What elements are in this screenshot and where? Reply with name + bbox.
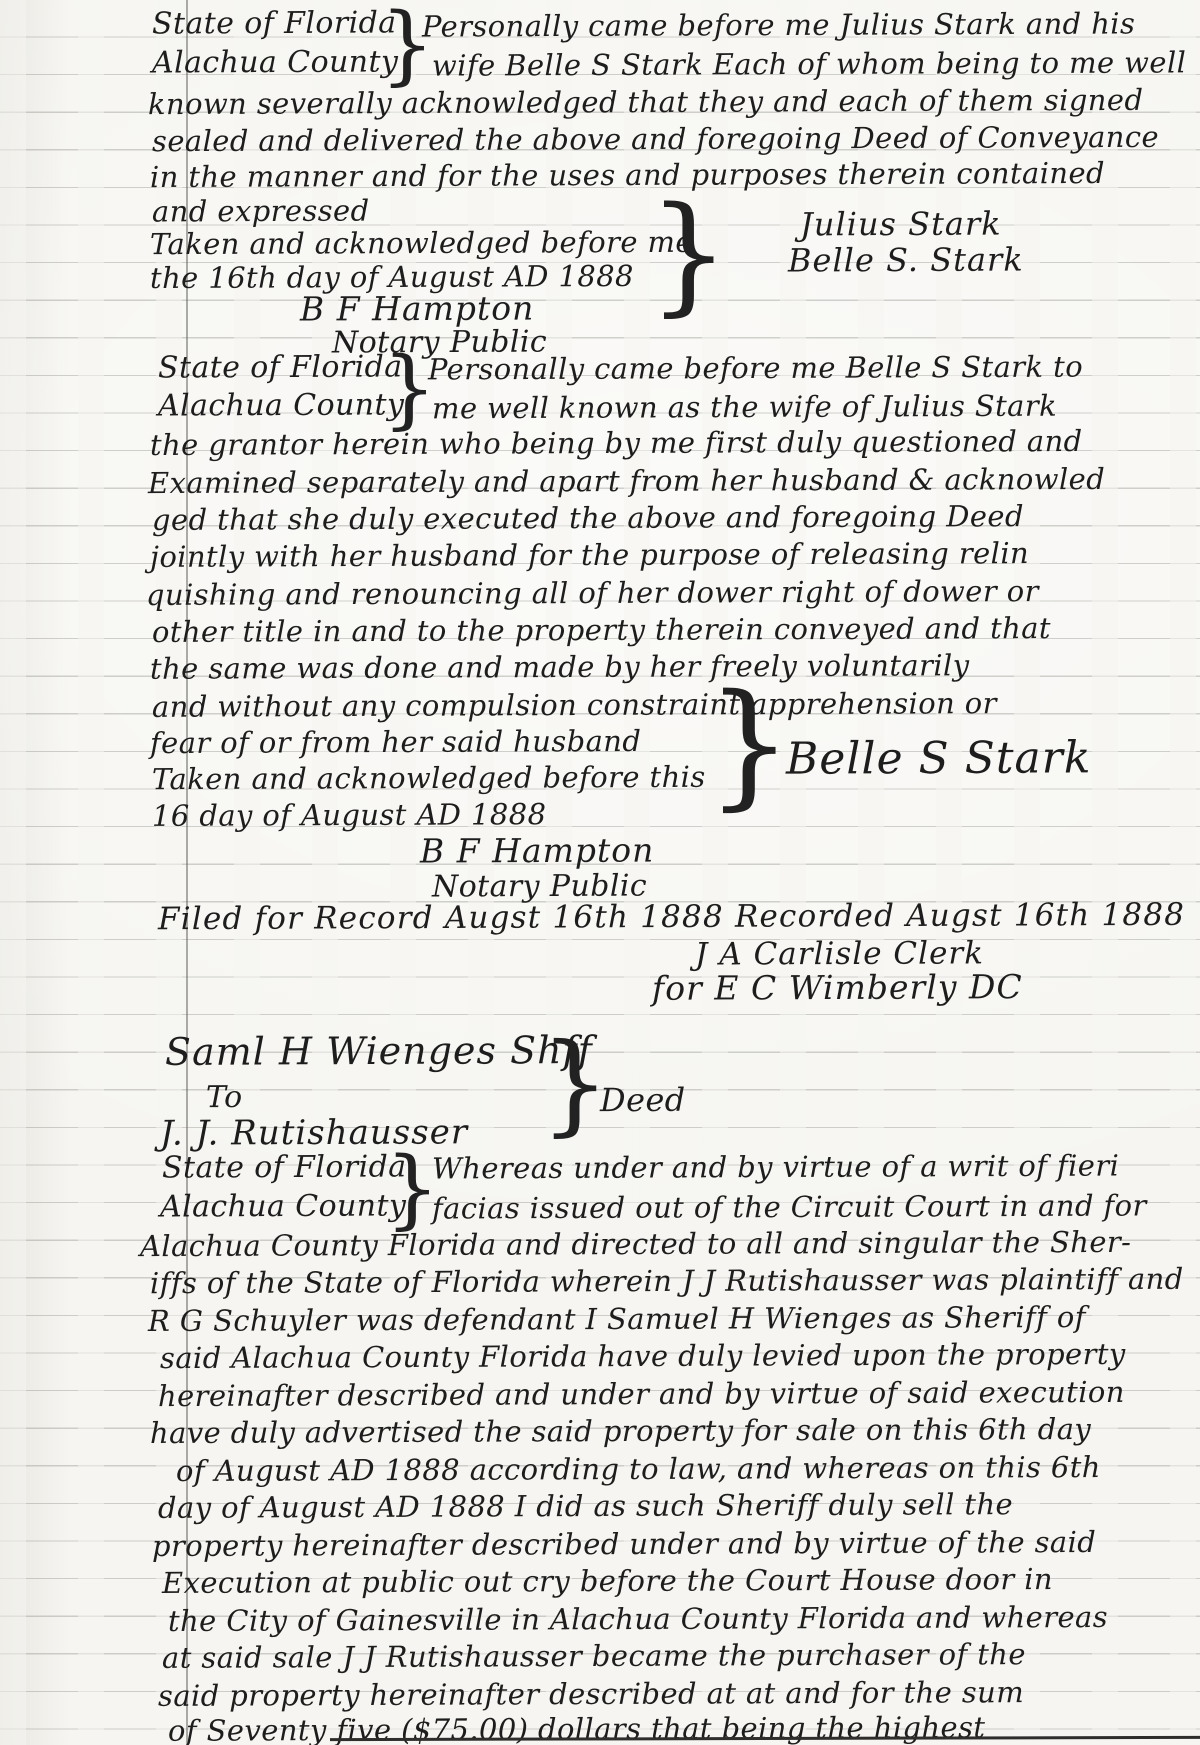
deed-venue-state: State of Florida — [162, 1151, 407, 1184]
ack2-venue-state: State of Florida — [158, 351, 403, 384]
ack1-attestation-line: Taken and acknowledged before me — [150, 227, 693, 260]
ack1-body-line: in the manner and for the uses and purpo… — [150, 158, 1105, 193]
deed-body-line: Execution at public out cry before the C… — [162, 1564, 1053, 1598]
ack1-opening-line: Personally came before me Julius Stark a… — [422, 8, 1135, 42]
ack2-venue-county: Alachua County — [158, 389, 404, 422]
deed-body-line: said property hereinafter described at a… — [158, 1677, 1024, 1711]
ack2-body-line: jointly with her husband for the purpose… — [150, 538, 1029, 572]
clerk-signature: J A Carlisle Clerk — [695, 937, 984, 971]
ack2-opening-line: Personally came before me Belle S Stark … — [428, 352, 1083, 385]
deputy-clerk-signature: for E C Wimberly DC — [652, 970, 1023, 1006]
ack1-body-line: and expressed — [152, 196, 370, 227]
caption-grantor: Saml H Wienges Shff — [165, 1031, 593, 1073]
deed-body-line: day of August AD 1888 I did as such Sher… — [158, 1489, 1013, 1523]
deed-body-line: have duly advertised the said property f… — [150, 1414, 1091, 1449]
ack1-opening-line: wife Belle S Stark Each of whom being to… — [432, 47, 1186, 81]
ack2-signature-brace-icon: } — [706, 674, 793, 817]
ack2-opening-line: me well known as the wife of Julius Star… — [432, 391, 1057, 424]
julius-stark-signature: Julius Stark — [800, 208, 1002, 242]
ack1-venue-state: State of Florida — [152, 7, 397, 40]
deed-record-page: State of Florida Alachua County } Person… — [0, 0, 1200, 1745]
instrument-label: Deed — [600, 1084, 686, 1118]
ack1-body-line: known severally acknowledged that they a… — [148, 85, 1143, 120]
deed-body-line: at said sale J J Rutishausser became the… — [162, 1639, 1026, 1673]
ack2-attestation-line: Taken and acknowledged before this — [152, 762, 706, 795]
deed-body-line: Alachua County Florida and directed to a… — [140, 1227, 1131, 1262]
deed-opening-line: facias issued out of the Circuit Court i… — [432, 1190, 1147, 1224]
ack2-notary-title: Notary Public — [432, 871, 647, 903]
deed-body-line: iffs of the State of Florida wherein J J… — [150, 1264, 1184, 1299]
ack2-body-line: the same was done and made by her freely… — [150, 650, 970, 684]
deed-venue-county: Alachua County — [160, 1190, 406, 1223]
deed-opening-line: Whereas under and by virtue of a writ of… — [432, 1151, 1119, 1184]
ack1-signature-brace-icon: } — [648, 188, 729, 322]
ack2-notary-signature: B F Hampton — [420, 833, 655, 869]
ack2-attestation-line: 16 day of August AD 1888 — [152, 799, 547, 831]
belle-stark-signature: Belle S. Stark — [788, 243, 1024, 278]
ack1-notary-signature: B F Hampton — [300, 291, 535, 327]
deed-body-line: property hereinafter described under and… — [152, 1527, 1096, 1562]
caption-to: To — [206, 1082, 243, 1114]
deed-body-line: of August AD 1888 according to law, and … — [176, 1452, 1101, 1486]
ack2-body-line: fear of or from her said husband — [150, 726, 641, 759]
ack1-venue-county: Alachua County — [152, 46, 398, 79]
deed-body-line: the City of Gainesville in Alachua Count… — [168, 1602, 1108, 1637]
deed-body-line: hereinafter described and under and by v… — [158, 1377, 1125, 1412]
ack2-body-line: quishing and renouncing all of her dower… — [146, 576, 1039, 610]
filing-record-line: Filed for Record Augst 16th 1888 Recorde… — [158, 899, 1185, 936]
ack2-body-line: ged that she duly executed the above and… — [152, 501, 1024, 535]
deed-body-line: said Alachua County Florida have duly le… — [160, 1339, 1126, 1374]
deed-body-line: R G Schuyler was defendant I Samuel H Wi… — [148, 1302, 1086, 1337]
ack2-body-line: Examined separately and apart from her h… — [148, 464, 1105, 499]
ack2-body-line: the grantor herein who being by me first… — [150, 426, 1083, 461]
ack1-body-line: sealed and delivered the above and foreg… — [152, 122, 1159, 157]
ack2-body-line: other title in and to the property there… — [152, 613, 1051, 647]
ack2-body-line: and without any compulsion constraint ap… — [152, 688, 997, 722]
belle-stark-dower-signature: Belle S Stark — [786, 735, 1092, 783]
